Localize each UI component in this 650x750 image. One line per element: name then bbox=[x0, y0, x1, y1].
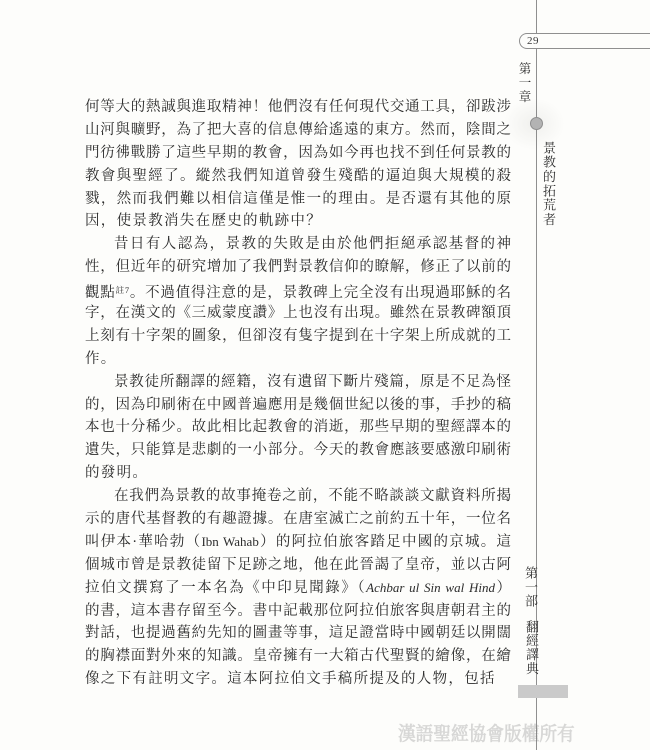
text-line: 的胸襟面對外來的知識。皇帝擁有一大箱古代聖賢的繪像，在繪 bbox=[85, 645, 511, 668]
text-line: 示的唐代基督教的有趣證據。在唐室滅亡之前約五十年，一位名 bbox=[85, 508, 511, 531]
page-number-badge: 29 bbox=[519, 33, 650, 49]
text-line: 門彷彿戰勝了這些早期的教會，因為如今再也找不到任何景教的 bbox=[85, 142, 511, 165]
paragraph: 何等大的熱誠與進取精神！他們沒有任何現代交通工具，卻跋涉山河與曠野，為了把大喜的… bbox=[85, 96, 511, 233]
body-text: 何等大的熱誠與進取精神！他們沒有任何現代交通工具，卻跋涉山河與曠野，為了把大喜的… bbox=[85, 96, 511, 691]
text-line: 像之下有註明文字。這本阿拉伯文手稿所提及的人物，包括挪 bbox=[85, 668, 511, 691]
text-line: 拉伯文撰寫了一本名為《中印見聞錄》（Achbar ul Sin wal Hind… bbox=[85, 577, 511, 600]
part-number-label: 第一部 bbox=[521, 566, 540, 608]
text-line: 叫伊本·華哈勃（Ibn Wahab）的阿拉伯旅客踏足中國的京城。這 bbox=[85, 531, 511, 554]
copyright-watermark: 漢語聖經協會版權所有 bbox=[398, 719, 575, 746]
text-line: 的，因為印刷術在中國普遍應用是幾個世紀以後的事，手抄的稿 bbox=[85, 394, 511, 417]
text-line: 對話，也提過舊約先知的圖畫等事，這足證當時中國朝廷以開闊 bbox=[85, 622, 511, 645]
chapter-number-label: 第一章 bbox=[515, 62, 533, 104]
text-line: 戮，然而我們難以相信這僅是惟一的理由。是否還有其他的原 bbox=[85, 188, 511, 211]
text-line: 作。 bbox=[85, 348, 511, 371]
text-line: 因，使景教消失在歷史的軌跡中？ bbox=[85, 210, 511, 233]
text-line: 字，在漢文的《三威蒙度讚》上也沒有出現。雖然在景教碑額頂 bbox=[85, 302, 511, 325]
text-line: 教會與聖經了。縱然我們知道曾發生殘酷的逼迫與大規模的殺 bbox=[85, 165, 511, 188]
text-line: 昔日有人認為，景教的失敗是由於他們拒絕承認基督的神 bbox=[85, 233, 511, 256]
text-line: 遺失，只能算是悲劇的一小部分。今天的教會應該要感激印刷術 bbox=[85, 439, 511, 462]
text-line: 的書，這本書存留至今。書中記載那位阿拉伯旅客與唐朝君主的 bbox=[85, 600, 511, 623]
book-page: 29 第一章 景教的拓荒者 第一部 翻經譯典 漢語聖經協會版權所有 何等大的熱誠… bbox=[0, 0, 650, 750]
paragraph: 昔日有人認為，景教的失敗是由於他們拒絕承認基督的神性，但近年的研究增加了我們對景… bbox=[85, 233, 511, 370]
text-line: 何等大的熱誠與進取精神！他們沒有任何現代交通工具，卻跋涉 bbox=[85, 96, 511, 119]
text-line: 本也十分稀少。故此相比起教會的消逝，那些早期的聖經譯本的 bbox=[85, 416, 511, 439]
text-line: 的發明。 bbox=[85, 462, 511, 485]
section-dot-icon bbox=[530, 117, 543, 130]
text-line: 個城市曾是景教徒留下足跡之地，他在此晉謁了皇帝，並以古阿 bbox=[85, 554, 511, 577]
text-line: 上刻有十字架的圖象，但卻沒有隻字提到在十字架上所成就的工 bbox=[85, 325, 511, 348]
chapter-title: 景教的拓荒者 bbox=[539, 141, 558, 227]
text-line: 在我們為景教的故事掩卷之前，不能不略談談文獻資料所揭 bbox=[85, 485, 511, 508]
paragraph: 在我們為景教的故事掩卷之前，不能不略談談文獻資料所揭示的唐代基督教的有趣證據。在… bbox=[85, 485, 511, 691]
tab-marker-bar bbox=[518, 685, 568, 698]
text-line: 山河與曠野，為了把大喜的信息傳給遙遠的東方。然而，陰間之 bbox=[85, 119, 511, 142]
part-title: 翻經譯典 bbox=[522, 620, 541, 675]
text-line: 性，但近年的研究增加了我們對景教信仰的瞭解，修正了以前的 bbox=[85, 256, 511, 279]
text-line: 觀點註7。不過值得注意的是，景教碑上完全沒有出現過耶穌的名 bbox=[85, 279, 511, 302]
paragraph: 景教徒所翻譯的經籍，沒有遺留下斷片殘篇，原是不足為怪的，因為印刷術在中國普遍應用… bbox=[85, 371, 511, 485]
text-line: 景教徒所翻譯的經籍，沒有遺留下斷片殘篇，原是不足為怪 bbox=[85, 371, 511, 394]
page-number: 29 bbox=[520, 35, 539, 47]
